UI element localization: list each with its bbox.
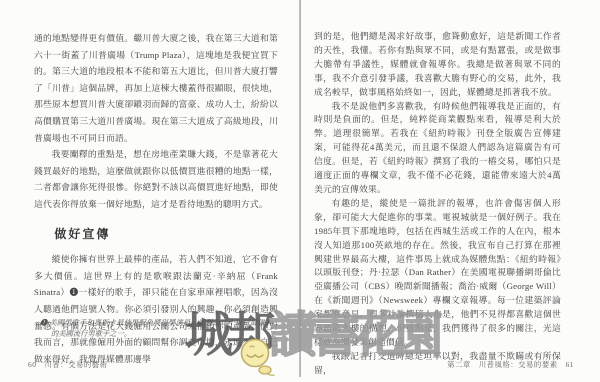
paragraph: 縱使你擁有世界上最棒的產品，若人們不知道，它不會有多大價值。這世界上有的是歌喉跟…: [34, 251, 278, 367]
book-spread: 通的地點變得更有價值。繼川普大廈之後，我在第三大道和第六十一街蓋了川普廣場（Tr…: [0, 0, 600, 382]
chapter-title: 第二章 川普風格：交易的要素: [447, 360, 557, 369]
paragraph: 我不是說他們多喜歡我，有時候他們報導我是正面的，有時則是負面的。但是，純粹從商業…: [314, 100, 561, 197]
right-page-text: 到的是，他們總是渴求好故事，愈聳動愈好，這是新聞工作者的天性，我懂。若你有點與眾…: [314, 30, 561, 378]
paragraph: 我要闡釋的重點是，想在房地產業賺大錢，不是靠著花大錢買最好的地點，這麼做就跟你以…: [34, 146, 278, 212]
page-number: 60: [28, 360, 36, 369]
right-page: 到的是，他們總是渴求好故事，愈聳動愈好，這是新聞工作者的天性，我懂。若你有點與眾…: [300, 0, 600, 382]
paragraph: 到的是，他們總是渴求好故事，愈聳動愈好，這是新聞工作者的天性，我懂。若你有點與眾…: [314, 30, 561, 100]
section-heading: 做好宣傳: [54, 226, 278, 243]
right-page-footer: 第二章 川普風格：交易的要素61: [447, 359, 574, 370]
paragraph: 通的地點變得更有價值。繼川普大廈之後，我在第三大道和第六十一街蓋了川普廣場（Tr…: [34, 30, 278, 146]
left-page-footer: 60川普：交易的藝術: [28, 359, 108, 370]
page-number: 61: [566, 360, 574, 369]
book-title: 川普：交易的藝術: [44, 360, 107, 369]
left-page: 通的地點變得更有價值。繼川普大廈之後，我在第三大道和第六十一街蓋了川普廣場（Tr…: [0, 0, 300, 382]
paragraph: 有趣的是，縱使是一篇批評的報導，也許會傷害個人形象，卻可能大大促進你的事業。電視…: [314, 197, 561, 350]
footnote: ❶ 美國男歌手和奧斯卡最佳男配角獎得獎演員，被譽為二十世紀最偉大的美國流行男歌手…: [40, 317, 272, 339]
